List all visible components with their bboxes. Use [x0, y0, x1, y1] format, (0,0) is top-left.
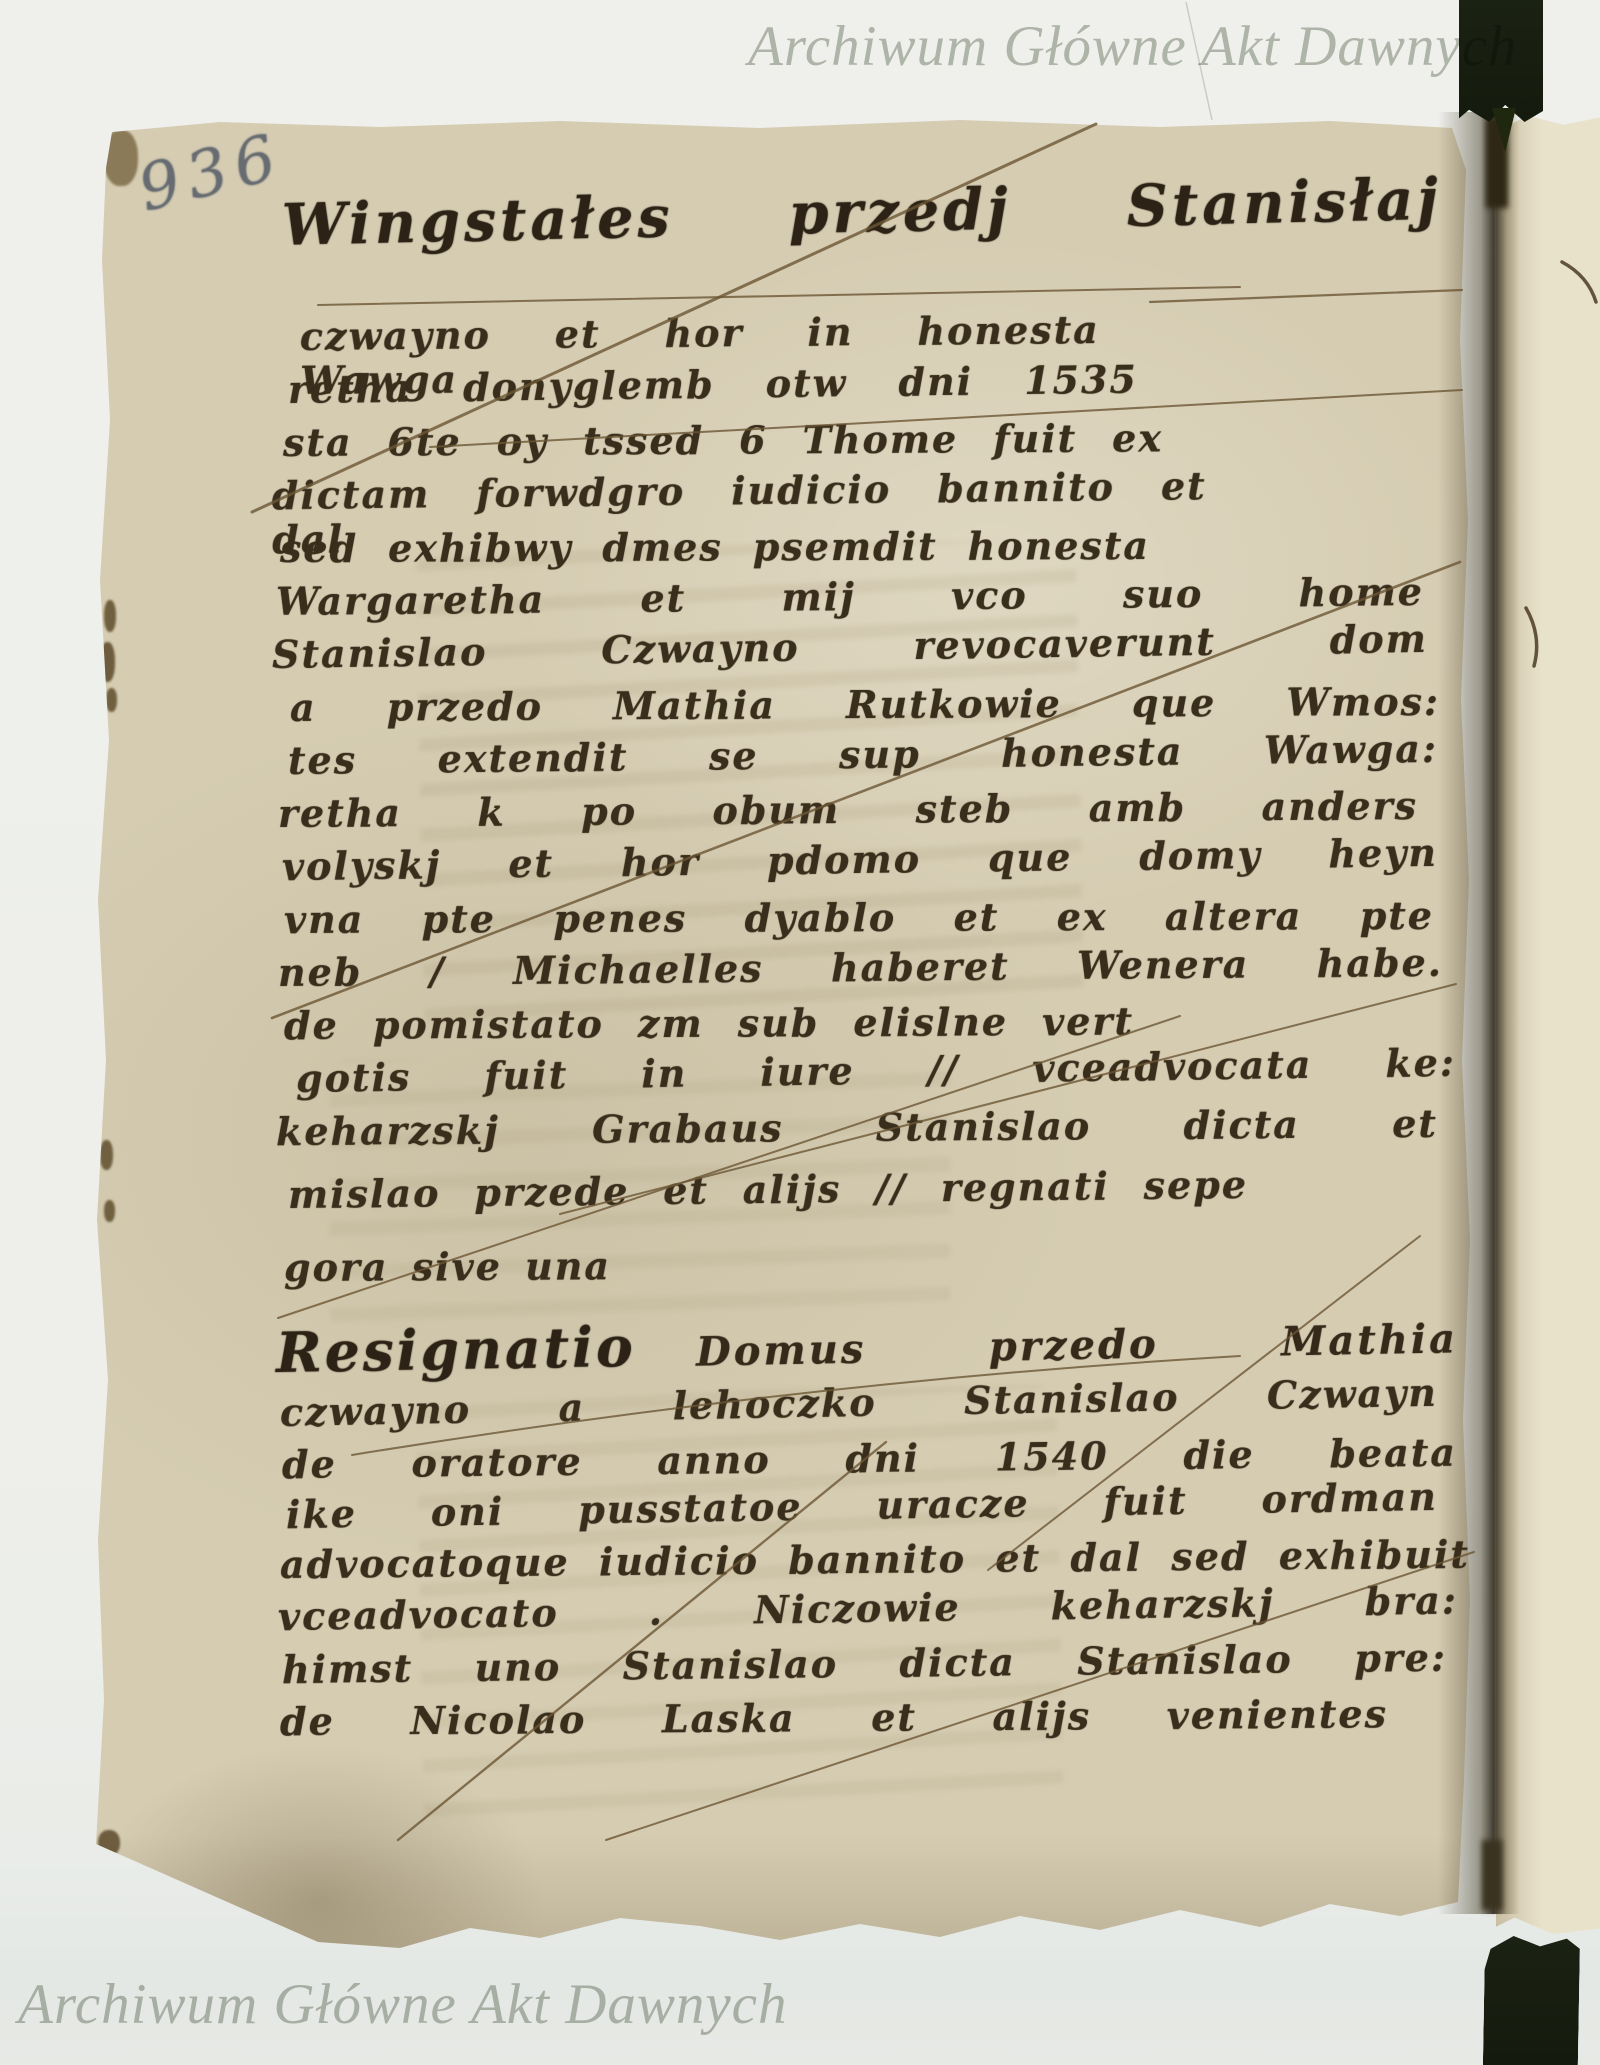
archive-watermark-bottom: Archiwum Główne Akt Dawnych — [18, 1972, 787, 2037]
torn-edge-chip — [100, 1140, 113, 1170]
entry2-heading-word: Resignatio — [275, 1314, 636, 1385]
gutter-shadow — [1438, 112, 1520, 1914]
gutter-shadow-bottom — [1482, 1840, 1502, 1910]
entry1-line: a przedo Mathia Rutkowie que Wmos: — [290, 680, 1440, 730]
entry1-line: gora sive una — [284, 1244, 611, 1290]
entry1-line: vna pte penes dyablo et ex altera pte — [284, 894, 1434, 942]
entry1-line: sed exhibwy dmes psemdit honesta — [280, 524, 1150, 571]
folio-number: 936 — [131, 119, 291, 226]
entry2-line: himst uno Stanislao dicta Stanislao pre: — [282, 1636, 1447, 1692]
entry2-heading-rest: Domus przedo Mathia — [696, 1315, 1459, 1375]
entry1-line: retha donyglemb otw dni 1535 — [288, 358, 1138, 412]
torn-edge-chip — [104, 1200, 115, 1222]
entry1-line: tes extendit se sup honesta Wawga: — [288, 727, 1438, 783]
torn-edge-chip — [98, 1830, 120, 1856]
entry1-line: sta 6te oy tssed 6 Thome fuit ex — [283, 416, 1163, 465]
archive-watermark-top: Archiwum Główne Akt Dawnych — [748, 14, 1517, 79]
torn-edge-chip — [106, 688, 117, 712]
scan-stage: 936 Wingstałes przedj Stanisłaj czwayno … — [0, 0, 1600, 2065]
torn-edge-chip — [104, 600, 116, 632]
entry1-line: mislao przede et alijs // regnati sepe — [288, 1163, 1248, 1217]
entry1-heading: Wingstałes przedj Stanisłaj — [281, 166, 1442, 259]
torn-edge-chip — [100, 642, 115, 682]
entry1-line: keharzskj Grabaus Stanislao dicta et — [276, 1102, 1438, 1154]
entry1-line: retha k po obum steb amb anders — [278, 784, 1418, 836]
entry2-line: advocatoque iudicio bannito et dal sed e… — [280, 1533, 1470, 1587]
manuscript-page: 936 Wingstałes przedj Stanisłaj czwayno … — [0, 0, 1600, 2065]
entry1-line: neb / Michaelles haberet Wenera habe. — [278, 941, 1443, 995]
entry1-line: gotis fuit in iure // vceadvocata ke: — [296, 1041, 1457, 1101]
binding-strap-bottom — [1483, 1936, 1580, 2065]
entry2-line: de Nicolao Laska et alijs venientes — [280, 1692, 1388, 1744]
entry1-line: de pomistato zm sub elislne vert — [284, 1000, 1134, 1048]
entry1-line: Wargaretha et mij vco suo home — [276, 570, 1424, 624]
